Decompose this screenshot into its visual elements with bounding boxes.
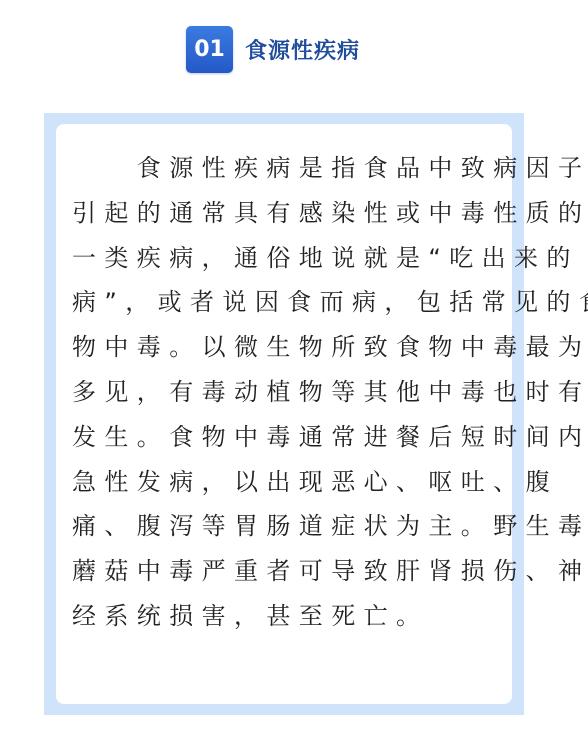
paragraph-line: 多见，有毒动植物等其他中毒也时有 [72, 370, 502, 415]
paragraph: 食源性疾病是指食品中致病因子 引起的通常具有感染性或中毒性质的 一类疾病，通俗地… [72, 146, 502, 639]
content-card: 食源性疾病是指食品中致病因子 引起的通常具有感染性或中毒性质的 一类疾病，通俗地… [56, 124, 512, 704]
paragraph-line: 食源性疾病是指食品中致病因子 [72, 146, 502, 191]
section-number-badge: 01 [186, 26, 233, 73]
paragraph-line: 蘑菇中毒严重者可导致肝肾损伤、神 [72, 549, 502, 594]
paragraph-line: 引起的通常具有感染性或中毒性质的 [72, 191, 502, 236]
paragraph-line: 急性发病，以出现恶心、呕吐、腹 [72, 460, 502, 505]
section-title: 食源性疾病 [245, 34, 360, 65]
content-frame: 食源性疾病是指食品中致病因子 引起的通常具有感染性或中毒性质的 一类疾病，通俗地… [44, 113, 524, 715]
section-header: 01 食源性疾病 [186, 26, 360, 73]
paragraph-line: 痛、腹泻等胃肠道症状为主。野生毒 [72, 504, 502, 549]
paragraph-line: 物中毒。以微生物所致食物中毒最为 [72, 325, 502, 370]
paragraph-line: 经系统损害，甚至死亡。 [72, 594, 502, 639]
paragraph-line: 发生。食物中毒通常进餐后短时间内 [72, 415, 502, 460]
paragraph-line: 病”，或者说因食而病，包括常见的食 [72, 280, 502, 325]
paragraph-line: 一类疾病，通俗地说就是“吃出来的 [72, 236, 502, 281]
